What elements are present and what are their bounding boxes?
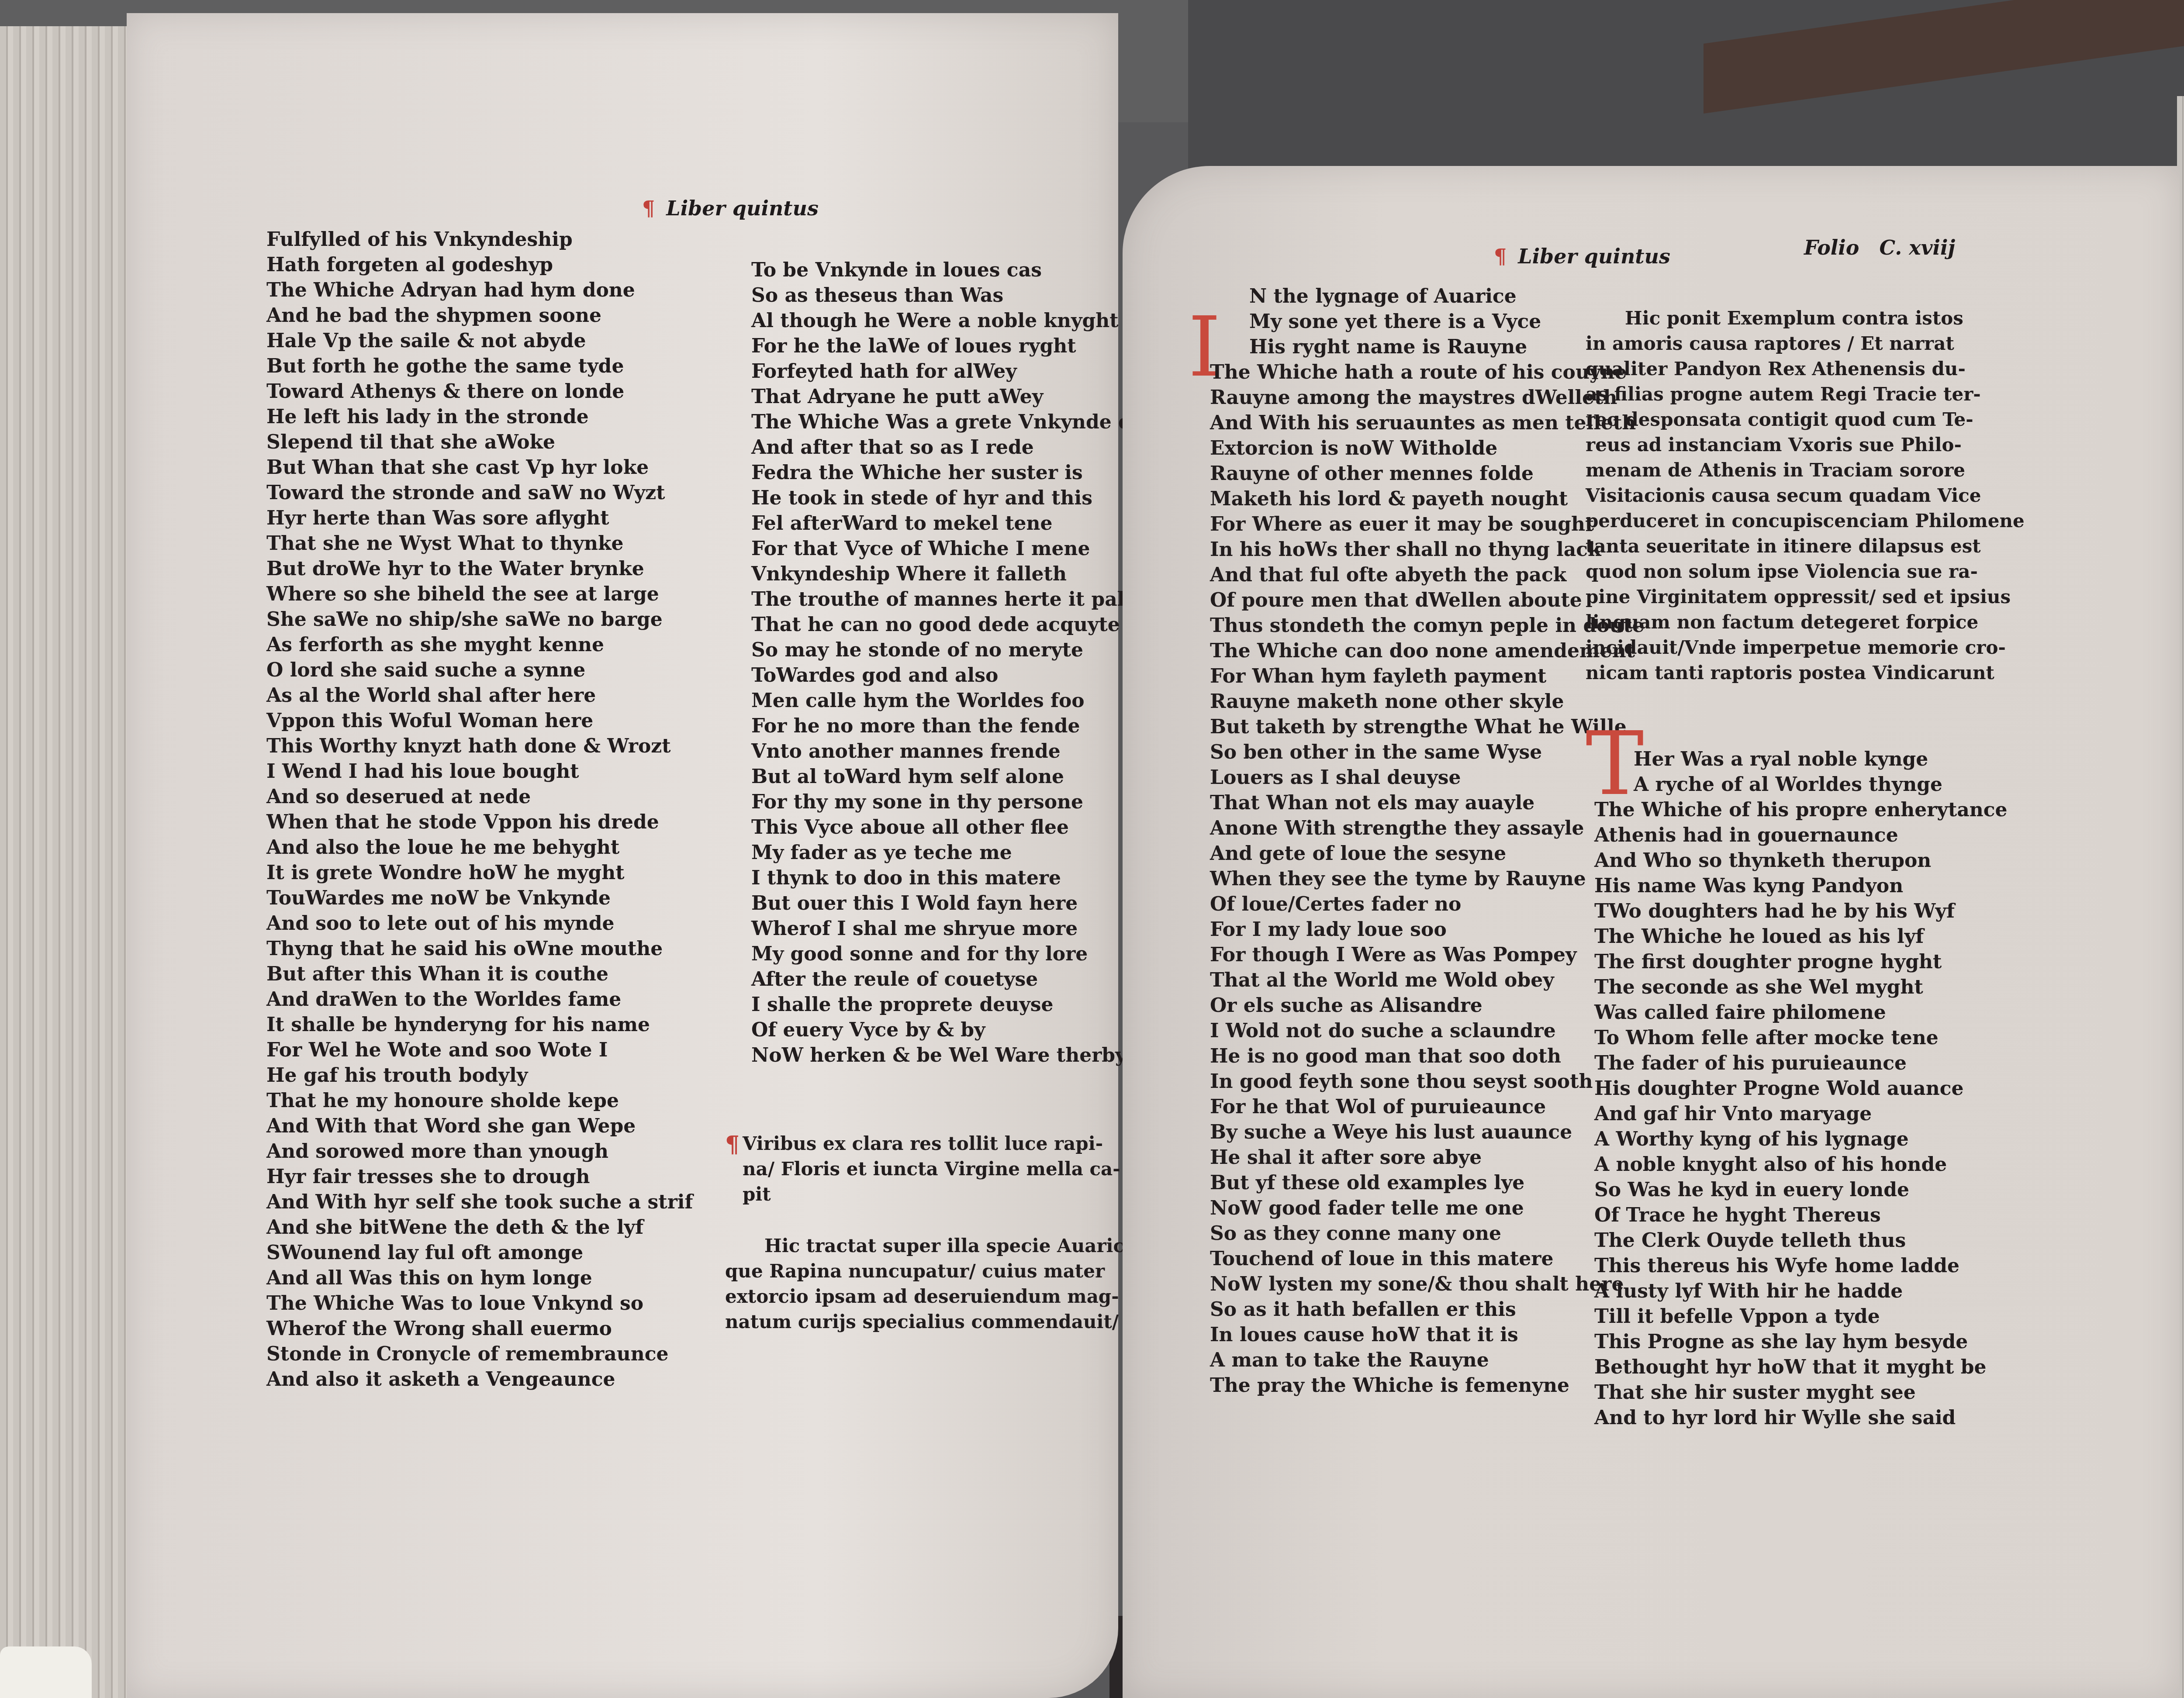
text-line: And Who so thynketh therupon [1594, 848, 2053, 873]
text-line: It is grete Wondre hoW he myght [266, 860, 834, 886]
text-line: natum curijs specialius commendauit/ [725, 1309, 1096, 1335]
text-line: But droWe hyr to the Water brynke [266, 556, 834, 582]
text-line: This thereus his Wyfe home ladde [1594, 1253, 2053, 1279]
text-line: Rauyne maketh none other skyle [1210, 689, 1669, 714]
text-line: pine Virginitatem oppressit/ sed et ipsi… [1586, 584, 2022, 610]
text-line: That she ne Wyst What to thynke [266, 531, 834, 556]
text-line: He gaf his trouth bodyly [266, 1063, 834, 1088]
text-line: TouWardes me noW be Vnkynde [266, 886, 834, 911]
text-line: Was called faire philomene [1594, 1000, 2053, 1025]
text-line: And to hyr lord hir Wylle she said [1594, 1405, 2053, 1431]
text-line: in amoris causa raptores / Et narrat [1586, 331, 2022, 356]
text-line: qualiter Pandyon Rex Athenensis du- [1586, 356, 2022, 382]
paragraph-mark: ¶ [1494, 245, 1507, 268]
text-line: linguam non factum detegeret forpice [1586, 610, 2022, 635]
text-line: Of Trace he hyght Thereus [1594, 1203, 2053, 1228]
text-line: Where so she biheld the see at large [266, 582, 834, 607]
text-line: Toward Athenys & there on londe [266, 379, 834, 404]
text-line: As al the World shal after here [266, 683, 834, 708]
text-line: menam de Athenis in Traciam sorore [1586, 458, 2022, 483]
folio-label: Folio [1804, 236, 1859, 259]
text-line: But Whan that she cast Vp hyr loke [266, 455, 834, 480]
text-line: But after this Whan it is couthe [266, 962, 834, 987]
running-head-left: ¶ Liber quintus [642, 197, 819, 220]
text-line: Till it befelle Vppon a tyde [1594, 1304, 2053, 1329]
text-line: The Whiche of his propre enherytance [1594, 797, 2053, 823]
paragraph-mark: ¶ [642, 197, 655, 220]
text-line: Hic ponit Exemplum contra istos [1586, 306, 2022, 331]
right-page: ¶ Liber quintus Folio C. xviij I N the l… [1123, 166, 2180, 1698]
text-line: extorcio ipsam ad deseruiendum mag- [725, 1284, 1096, 1309]
text-line: perduceret in concupiscenciam Philomene [1586, 508, 2022, 534]
text-line: tanta seueritate in itinere dilapsus est [1586, 534, 2022, 559]
text-line: As ferforth as she myght kenne [266, 632, 834, 658]
text-line: O lord she said suche a synne [266, 658, 834, 683]
text-line: Fulfylled of his Vnkyndeship [266, 227, 834, 252]
text-line: And draWen to the Worldes fame [266, 987, 834, 1012]
text-line: I Wend I had his loue bought [266, 759, 834, 784]
latin-verse: Viribus ex clara res tollit luce rapi-na… [725, 1131, 1096, 1207]
text-line: The first doughter progne hyght [1594, 949, 2053, 975]
running-head-text: Liber quintus [666, 197, 819, 220]
text-line: Her Was a ryal noble kynge [1594, 747, 2053, 772]
text-line: Hic tractat super illa specie Auaricie [725, 1233, 1096, 1259]
text-line: So Was he kyd in euery londe [1594, 1177, 2053, 1203]
text-line: Viribus ex clara res tollit luce rapi- [743, 1131, 1096, 1156]
text-line: The Whiche he loued as his lyf [1594, 924, 2053, 949]
text-line: Bethought hyr hoW that it myght be [1594, 1355, 2053, 1380]
text-line: He left his lady in the stronde [266, 404, 834, 430]
text-line: And also the loue he me behyght [266, 835, 834, 860]
text-line: Athenis had in gouernaunce [1594, 823, 2053, 848]
text-line: nicam tanti raptoris postea Vindicarunt [1586, 660, 2022, 686]
text-line: And he bad the shypmen soone [266, 303, 834, 328]
text-line: She saWe no ship/she saWe no barge [266, 607, 834, 632]
text-line: And soo to lete out of his mynde [266, 911, 834, 936]
text-line: na/ Floris et iuncta Virgine mella ca- [743, 1156, 1096, 1182]
text-line: Vppon this Woful Woman here [266, 708, 834, 734]
text-line: It shalle be hynderyng for his name [266, 1012, 834, 1038]
latin-note: ¶ Viribus ex clara res tollit luce rapi-… [725, 1131, 1096, 1335]
right-column-2-verse: Her Was a ryal noble kyngeA ryche of al … [1594, 747, 2053, 1431]
right-latin-gloss: Hic ponit Exemplum contra istosin amoris… [1586, 306, 2022, 686]
text-line: The fader of his puruieaunce [1594, 1051, 2053, 1076]
running-head-text: Liber quintus [1518, 245, 1670, 268]
text-line: A noble knyght also of his honde [1594, 1152, 2053, 1177]
text-line: as filias progne autem Regi Tracie ter- [1586, 382, 2022, 407]
support-cloth [0, 1646, 92, 1698]
text-line: That she hir suster myght see [1594, 1380, 2053, 1405]
text-line: And gaf hir Vnto maryage [1594, 1101, 2053, 1127]
text-line: A ryche of al Worldes thynge [1594, 772, 2053, 797]
text-line: Visitacionis causa secum quadam Vice [1586, 483, 2022, 508]
text-line: But forth he gothe the same tyde [266, 354, 834, 379]
text-line: incidauit/Vnde imperpetue memorie cro- [1586, 635, 2022, 660]
paragraph-mark: ¶ [725, 1131, 740, 1158]
text-line: To Whom felle after mocke tene [1594, 1025, 2053, 1051]
text-line: pit [743, 1182, 1096, 1207]
text-line: A Worthy kyng of his lygnage [1594, 1127, 2053, 1152]
left-page: ¶ Liber quintus Fulfylled of his Vnkynde… [127, 13, 1118, 1698]
text-line: His name Was kyng Pandyon [1594, 873, 2053, 899]
text-line: This Worthy knyzt hath done & Wrozt [266, 734, 834, 759]
text-line: The Whiche Adryan had hym done [266, 278, 834, 303]
text-line: Slepend til that she aWoke [266, 430, 834, 455]
text-line: A lusty lyf With hir he hadde [1594, 1279, 2053, 1304]
text-line: The seconde as she Wel myght [1594, 975, 2053, 1000]
text-line: que Rapina nuncupatur/ cuius mater [725, 1259, 1096, 1284]
text-line: That he my honoure sholde kepe [266, 1088, 834, 1114]
text-line: Hath forgeten al godeshyp [266, 252, 834, 278]
text-line: This Progne as she lay hym besyde [1594, 1329, 2053, 1355]
text-line: His doughter Progne Wold auance [1594, 1076, 2053, 1101]
text-line: And also it asketh a Vengeaunce [266, 1367, 834, 1392]
text-line: The Clerk Ouyde telleth thus [1594, 1228, 2053, 1253]
latin-prose: Hic tractat super illa specie Auariciequ… [725, 1233, 1096, 1335]
text-line: And so deserued at nede [266, 784, 834, 810]
text-line: quod non solum ipse Violencia sue ra- [1586, 559, 2022, 584]
text-line: Stonde in Cronycle of remembraunce [266, 1342, 834, 1367]
text-line: Toward the stronde and saW no Wyzt [266, 480, 834, 506]
folio-number: Folio C. xviij [1804, 236, 1955, 259]
running-head-right: ¶ Liber quintus [1494, 245, 1670, 268]
text-line: Hale Vp the saile & not abyde [266, 328, 834, 354]
folio-value: C. xviij [1879, 236, 1955, 259]
text-line: For Wel he Wote and soo Wote I [266, 1038, 834, 1063]
text-line: reo desponsata contigit quod cum Te- [1586, 407, 2022, 432]
text-line: reus ad instanciam Vxoris sue Philo- [1586, 432, 2022, 458]
text-line: When that he stode Vppon his drede [266, 810, 834, 835]
left-fore-edge [0, 26, 131, 1698]
text-line: Hyr herte than Was sore aflyght [266, 506, 834, 531]
text-line: TWo doughters had he by his Wyf [1594, 899, 2053, 924]
text-line: Thyng that he said his oWne mouthe [266, 936, 834, 962]
